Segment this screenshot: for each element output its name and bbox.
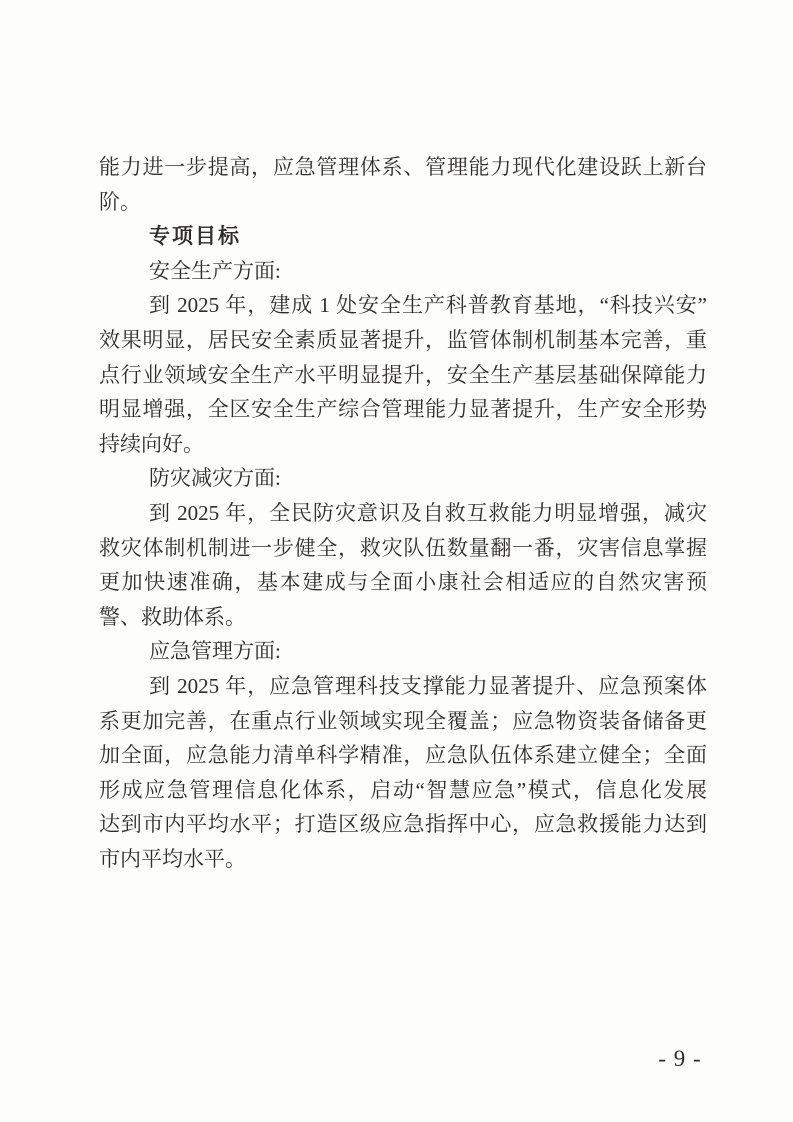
document-page: 能力进一步提高，应急管理体系、管理能力现代化建设跃上新台阶。专项目标安全生产方面… xyxy=(0,0,793,1122)
text-line: 警、救助体系。 xyxy=(99,600,707,635)
text-line: 防灾减灾方面: xyxy=(99,461,707,496)
text-line: 安全生产方面: xyxy=(99,254,707,289)
paragraph-subheading: 防灾减灾方面: xyxy=(99,461,707,496)
text-line: 救灾体制机制进一步健全，救灾队伍数量翻一番，灾害信息掌握 xyxy=(99,531,707,566)
text-line: 阶。 xyxy=(99,185,707,220)
paragraph-body: 到 2025 年，建成 1 处安全生产科普教育基地，“科技兴安”效果明显，居民安… xyxy=(99,288,707,461)
paragraph-subheading: 应急管理方面: xyxy=(99,634,707,669)
text-line: 形成应急管理信息化体系，启动“智慧应急”模式，信息化发展 xyxy=(99,773,707,808)
text-line: 点行业领域安全生产水平明显提升，安全生产基层基础保障能力 xyxy=(99,358,707,393)
page-number: - 9 - xyxy=(630,1046,730,1072)
text-line: 加全面，应急能力清单科学精准，应急队伍体系建立健全；全面 xyxy=(99,738,707,773)
text-line: 系更加完善，在重点行业领域实现全覆盖；应急物资装备储备更 xyxy=(99,704,707,739)
text-line: 更加快速准确，基本建成与全面小康社会相适应的自然灾害预 xyxy=(99,565,707,600)
text-line: 专项目标 xyxy=(99,219,707,254)
document-body: 能力进一步提高，应急管理体系、管理能力现代化建设跃上新台阶。专项目标安全生产方面… xyxy=(99,150,707,876)
paragraph-heading: 专项目标 xyxy=(99,219,707,254)
text-line: 持续向好。 xyxy=(99,427,707,462)
text-line: 到 2025 年，应急管理科技支撑能力显著提升、应急预案体 xyxy=(99,669,707,704)
text-line: 到 2025 年，全民防灾意识及自救互救能力明显增强，减灾 xyxy=(99,496,707,531)
text-line: 到 2025 年，建成 1 处安全生产科普教育基地，“科技兴安” xyxy=(99,288,707,323)
paragraph-continuation: 能力进一步提高，应急管理体系、管理能力现代化建设跃上新台阶。 xyxy=(99,150,707,219)
text-line: 效果明显，居民安全素质显著提升，监管体制机制基本完善，重 xyxy=(99,323,707,358)
paragraph-body: 到 2025 年，应急管理科技支撑能力显著提升、应急预案体系更加完善，在重点行业… xyxy=(99,669,707,877)
text-line: 达到市内平均水平；打造区级应急指挥中心，应急救援能力达到 xyxy=(99,807,707,842)
text-line: 应急管理方面: xyxy=(99,634,707,669)
paragraph-subheading: 安全生产方面: xyxy=(99,254,707,289)
text-line: 能力进一步提高，应急管理体系、管理能力现代化建设跃上新台 xyxy=(99,150,707,185)
paragraph-body: 到 2025 年，全民防灾意识及自救互救能力明显增强，减灾救灾体制机制进一步健全… xyxy=(99,496,707,634)
text-line: 明显增强，全区安全生产综合管理能力显著提升，生产安全形势 xyxy=(99,392,707,427)
text-line: 市内平均水平。 xyxy=(99,842,707,877)
